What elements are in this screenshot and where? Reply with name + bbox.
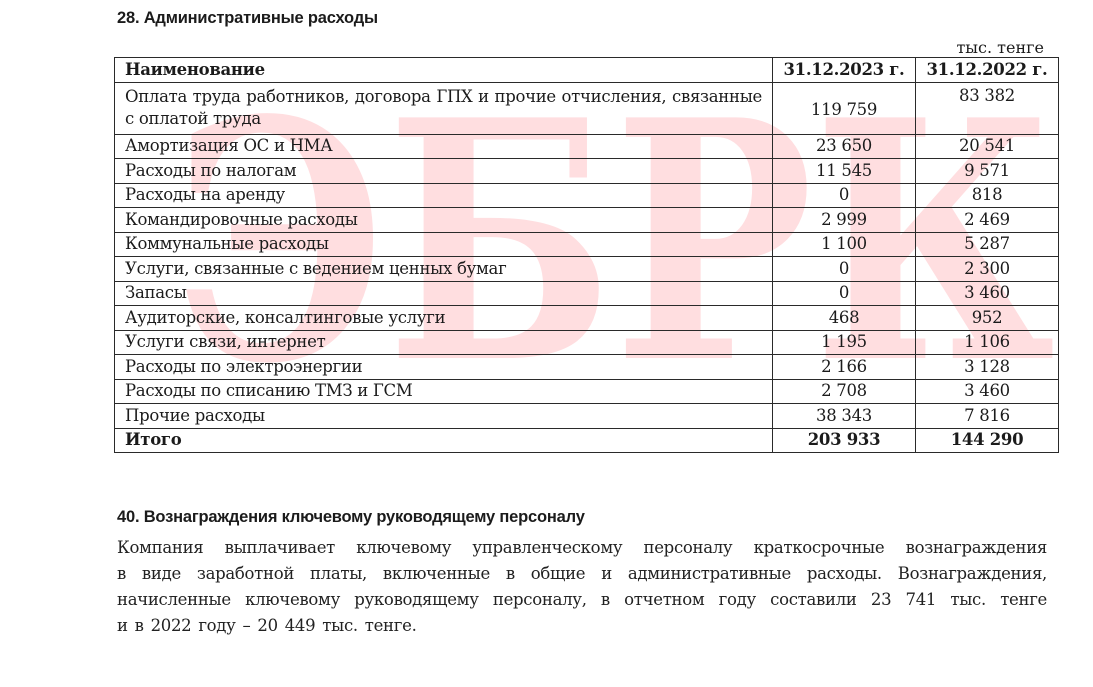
row-value-2022: 3 128: [916, 355, 1059, 380]
row-name: Аудиторские, консалтинговые услуги: [115, 306, 773, 331]
table-row: Расходы по списанию ТМЗ и ГСМ2 7083 460: [115, 379, 1059, 404]
row-value-2023: 2 708: [773, 379, 916, 404]
row-value-2022: 3 460: [916, 379, 1059, 404]
row-value-2022: 818: [916, 183, 1059, 208]
row-name: Амортизация ОС и НМА: [115, 134, 773, 159]
row-value-2022: 952: [916, 306, 1059, 331]
row-value-2023: 0: [773, 281, 916, 306]
table-row: Расходы на аренду0818: [115, 183, 1059, 208]
total-value-2022: 144 290: [916, 428, 1059, 453]
row-name: Расходы по списанию ТМЗ и ГСМ: [115, 379, 773, 404]
row-name: Услуги связи, интернет: [115, 330, 773, 355]
paragraph-line: и в 2022 году – 20 449 тыс. тенге.: [117, 613, 1047, 639]
row-value-2022: 20 541: [916, 134, 1059, 159]
column-header-2022: 31.12.2022 г.: [916, 58, 1059, 83]
table-row: Услуги, связанные с ведением ценных бума…: [115, 257, 1059, 282]
row-value-2022: 2 469: [916, 208, 1059, 233]
row-value-2023: 2 999: [773, 208, 916, 233]
row-name: Запасы: [115, 281, 773, 306]
row-value-2023: 468: [773, 306, 916, 331]
section-28-title: 28. Административные расходы: [117, 9, 378, 28]
row-value-2022: 9 571: [916, 159, 1059, 184]
row-value-2023: 2 166: [773, 355, 916, 380]
row-name: Услуги, связанные с ведением ценных бума…: [115, 257, 773, 282]
row-value-2022: 7 816: [916, 404, 1059, 429]
section-40-paragraph: Компания выплачивает ключевому управленч…: [117, 535, 1047, 639]
table-body: Оплата труда работников, договора ГПХ и …: [115, 82, 1059, 453]
section-40-title: 40. Вознаграждения ключевому руководящем…: [117, 508, 585, 527]
table-header-row: Наименование 31.12.2023 г. 31.12.2022 г.: [115, 58, 1059, 83]
table-row: Прочие расходы38 3437 816: [115, 404, 1059, 429]
admin-expenses-table: Наименование 31.12.2023 г. 31.12.2022 г.…: [114, 57, 1059, 453]
row-value-2023: 23 650: [773, 134, 916, 159]
units-label: тыс. тенге: [956, 38, 1044, 57]
table-row: Услуги связи, интернет1 1951 106: [115, 330, 1059, 355]
row-name: Командировочные расходы: [115, 208, 773, 233]
paragraph-line: Компания выплачивает ключевому управленч…: [117, 535, 1047, 561]
paragraph-line: начисленные ключевому руководящему персо…: [117, 587, 1047, 613]
column-header-2023: 31.12.2023 г.: [773, 58, 916, 83]
total-value-2023: 203 933: [773, 428, 916, 453]
table-row: Расходы по налогам11 5459 571: [115, 159, 1059, 184]
table-row: Аудиторские, консалтинговые услуги468952: [115, 306, 1059, 331]
paragraph-line: в виде заработной платы, включенные в об…: [117, 561, 1047, 587]
total-label: Итого: [115, 428, 773, 453]
row-value-2022: 5 287: [916, 232, 1059, 257]
table-row: Командировочные расходы2 9992 469: [115, 208, 1059, 233]
row-value-2023: 11 545: [773, 159, 916, 184]
table-row: Оплата труда работников, договора ГПХ и …: [115, 82, 1059, 134]
row-name: Оплата труда работников, договора ГПХ и …: [115, 82, 773, 134]
row-value-2023: 119 759: [773, 82, 916, 134]
row-value-2023: 1 100: [773, 232, 916, 257]
row-value-2022: 83 382: [916, 82, 1059, 134]
table-row: Амортизация ОС и НМА23 65020 541: [115, 134, 1059, 159]
row-name: Расходы на аренду: [115, 183, 773, 208]
table-row: Запасы03 460: [115, 281, 1059, 306]
column-header-name: Наименование: [115, 58, 773, 83]
row-name: Прочие расходы: [115, 404, 773, 429]
row-value-2023: 38 343: [773, 404, 916, 429]
row-name: Расходы по электроэнергии: [115, 355, 773, 380]
row-value-2023: 0: [773, 257, 916, 282]
row-name: Расходы по налогам: [115, 159, 773, 184]
row-value-2022: 1 106: [916, 330, 1059, 355]
row-name: Коммунальные расходы: [115, 232, 773, 257]
row-value-2023: 1 195: [773, 330, 916, 355]
table-total-row: Итого203 933144 290: [115, 428, 1059, 453]
row-value-2022: 3 460: [916, 281, 1059, 306]
table-row: Коммунальные расходы1 1005 287: [115, 232, 1059, 257]
table-row: Расходы по электроэнергии2 1663 128: [115, 355, 1059, 380]
row-value-2023: 0: [773, 183, 916, 208]
row-value-2022: 2 300: [916, 257, 1059, 282]
